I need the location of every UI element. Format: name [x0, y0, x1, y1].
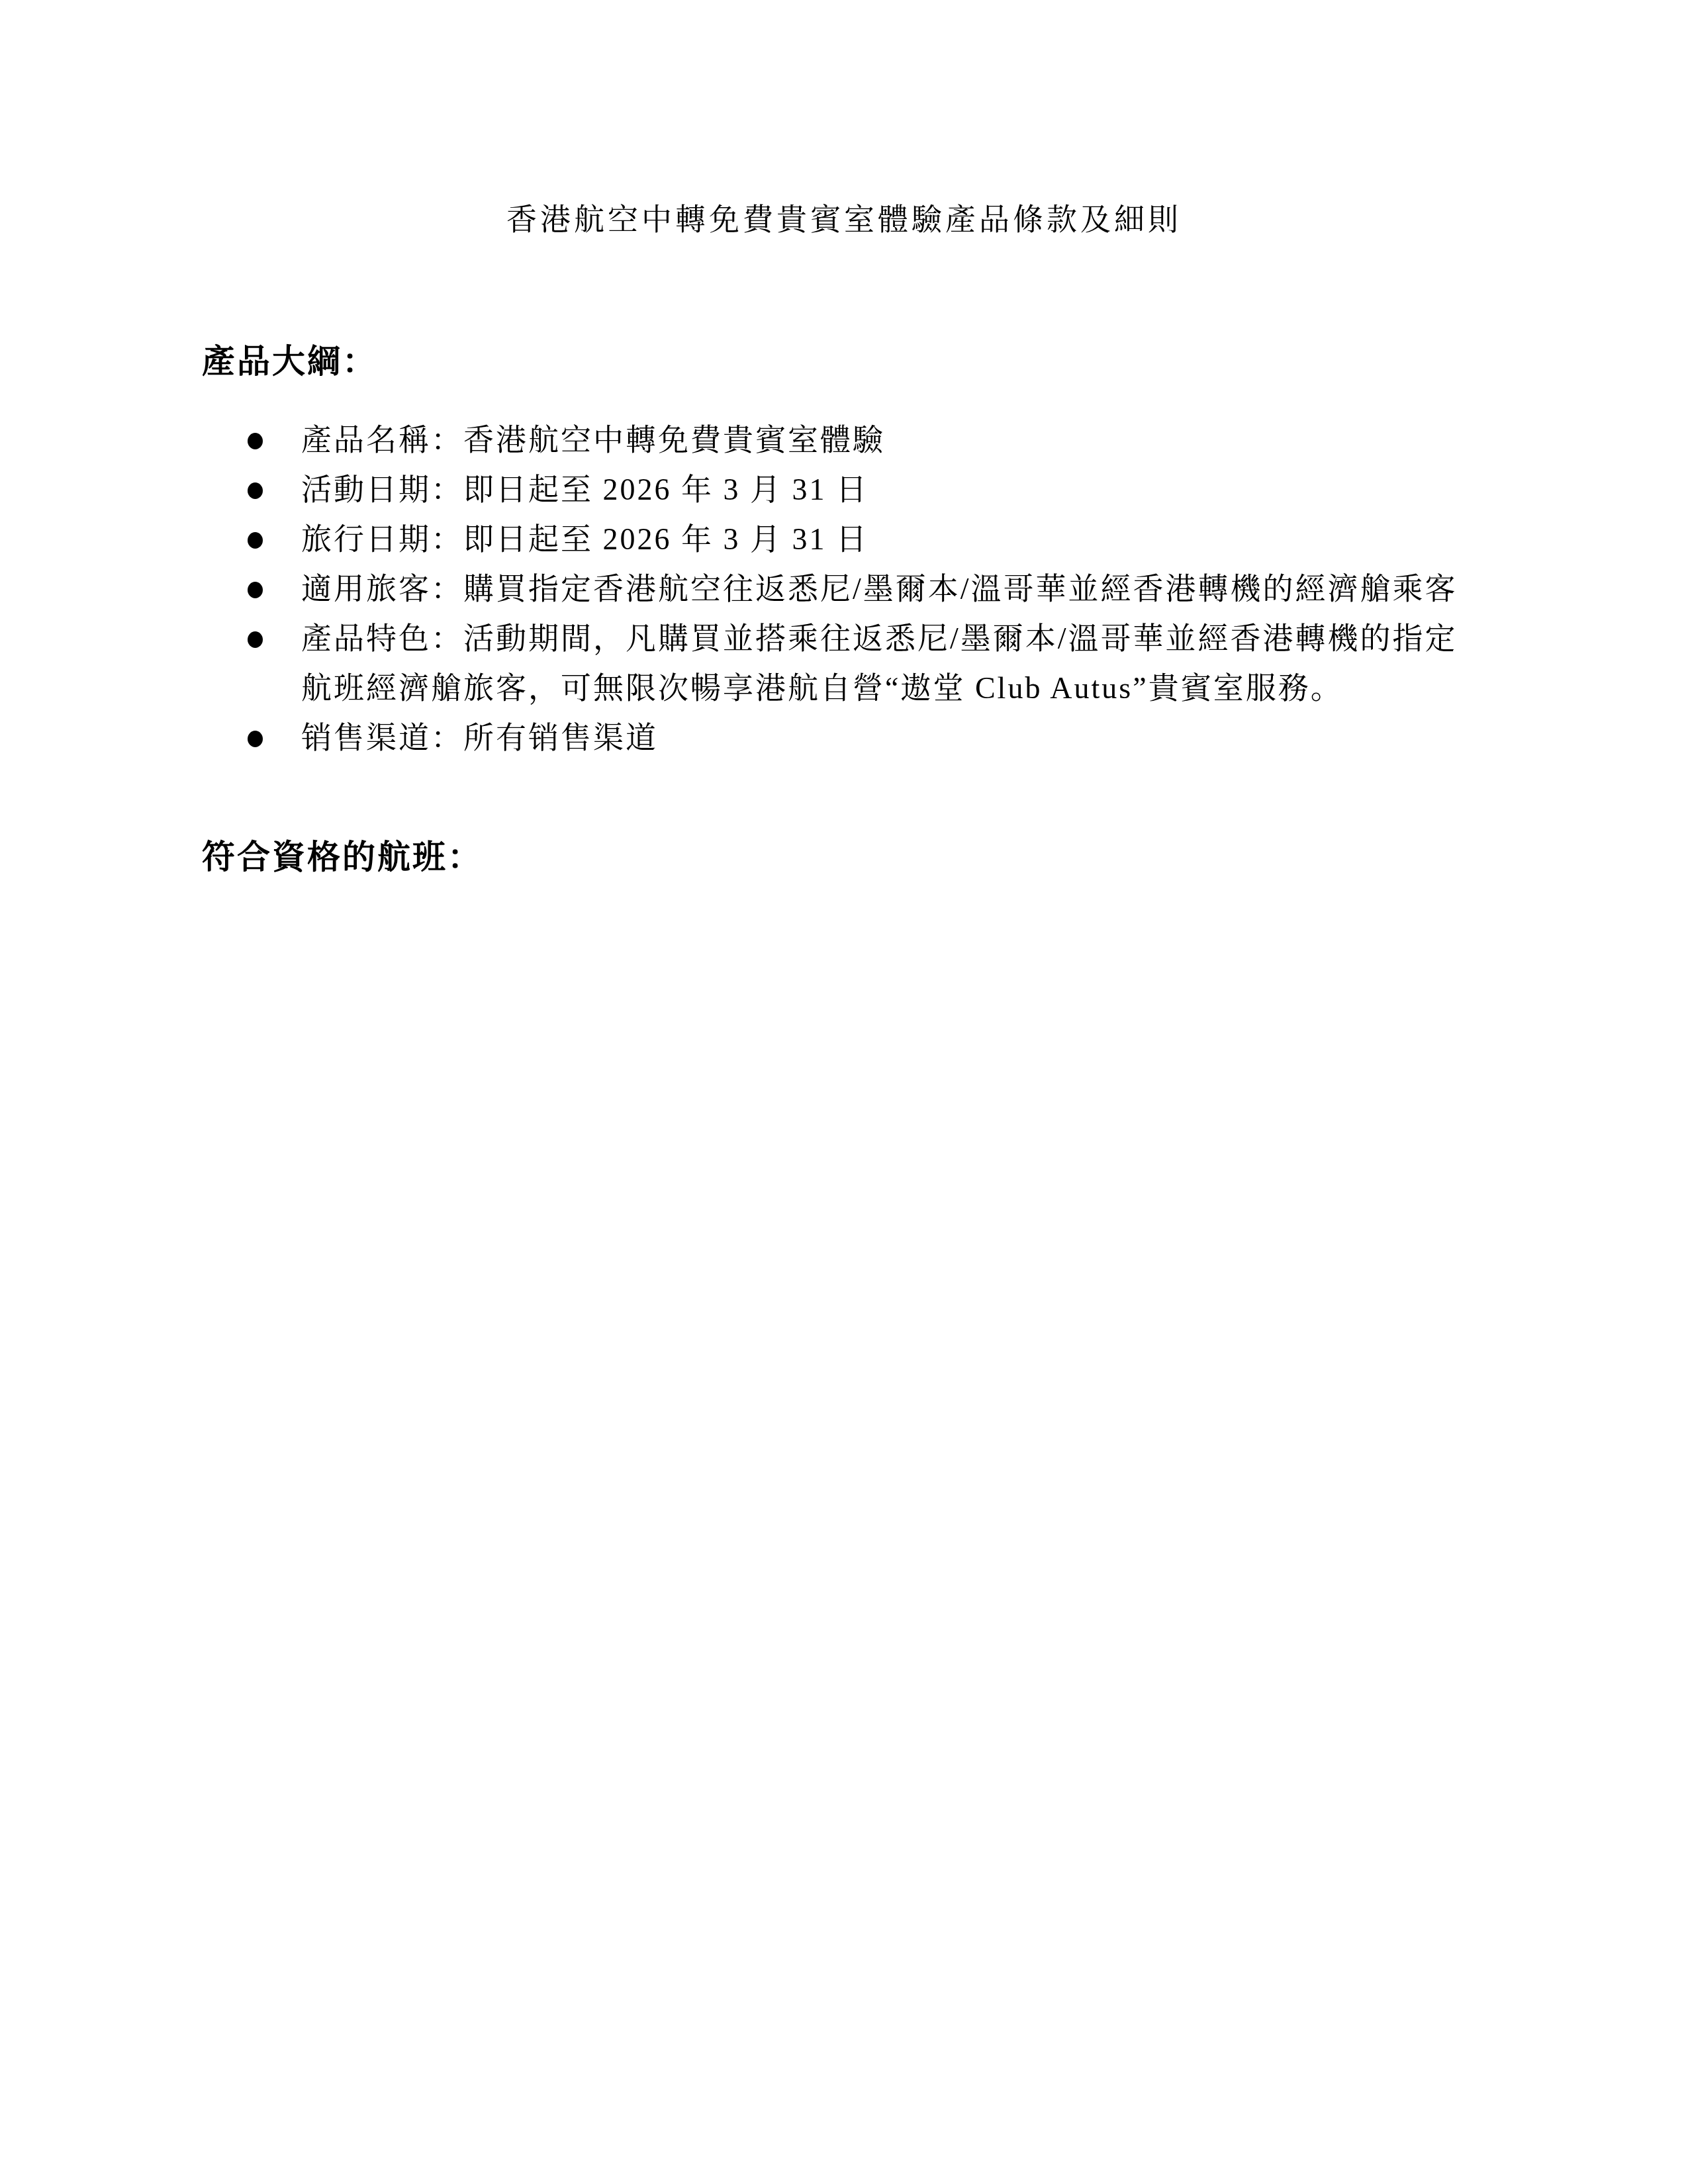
product-outline-bullet-list: 產品名稱：香港航空中轉免費貴賓室體驗 活動日期：即日起至 2026 年 3 月 … — [301, 415, 1479, 762]
document-page: 香港航空中轉免費貴賓室體驗產品條款及細則 產品大綱： 產品名稱：香港航空中轉免費… — [0, 0, 1688, 2184]
section-heading-product-outline: 產品大綱： — [202, 343, 377, 380]
bullet-item-product-name: 產品名稱：香港航空中轉免費貴賓室體驗 — [301, 415, 1479, 465]
bullet-item-text: 產品名稱：香港航空中轉免費貴賓室體驗 — [301, 423, 885, 457]
bullet-dot-icon — [248, 731, 263, 747]
bullet-item-activity-date: 活動日期：即日起至 2026 年 3 月 31 日 — [301, 465, 1479, 514]
bullet-item-text: 旅行日期：即日起至 2026 年 3 月 31 日 — [301, 522, 868, 556]
bullet-item-text: 產品特色：活動期間，凡購買並搭乘往返悉尼/墨爾本/溫哥華並經香港轉機的指定航班經… — [301, 621, 1458, 705]
bullet-dot-icon — [248, 532, 263, 549]
bullet-dot-icon — [248, 433, 263, 449]
section-heading-eligible-flights: 符合資格的航班： — [202, 839, 483, 876]
bullet-item-text: 销售渠道：所有销售渠道 — [301, 721, 658, 754]
bullet-item-product-features: 產品特色：活動期間，凡購買並搭乘往返悉尼/墨爾本/溫哥華並經香港轉機的指定航班經… — [301, 614, 1479, 713]
bullet-item-text: 適用旅客：購買指定香港航空往返悉尼/墨爾本/溫哥華並經香港轉機的經濟艙乘客 — [301, 572, 1458, 606]
bullet-dot-icon — [248, 631, 263, 648]
bullet-item-sales-channels: 销售渠道：所有销售渠道 — [301, 713, 1479, 762]
document-title: 香港航空中轉免費貴賓室體驗產品條款及細則 — [0, 200, 1688, 240]
bullet-item-text: 活動日期：即日起至 2026 年 3 月 31 日 — [301, 473, 868, 506]
bullet-dot-icon — [248, 482, 263, 499]
bullet-dot-icon — [248, 582, 263, 598]
bullet-item-eligible-passengers: 適用旅客：購買指定香港航空往返悉尼/墨爾本/溫哥華並經香港轉機的經濟艙乘客 — [301, 564, 1479, 614]
bullet-item-travel-date: 旅行日期：即日起至 2026 年 3 月 31 日 — [301, 514, 1479, 564]
